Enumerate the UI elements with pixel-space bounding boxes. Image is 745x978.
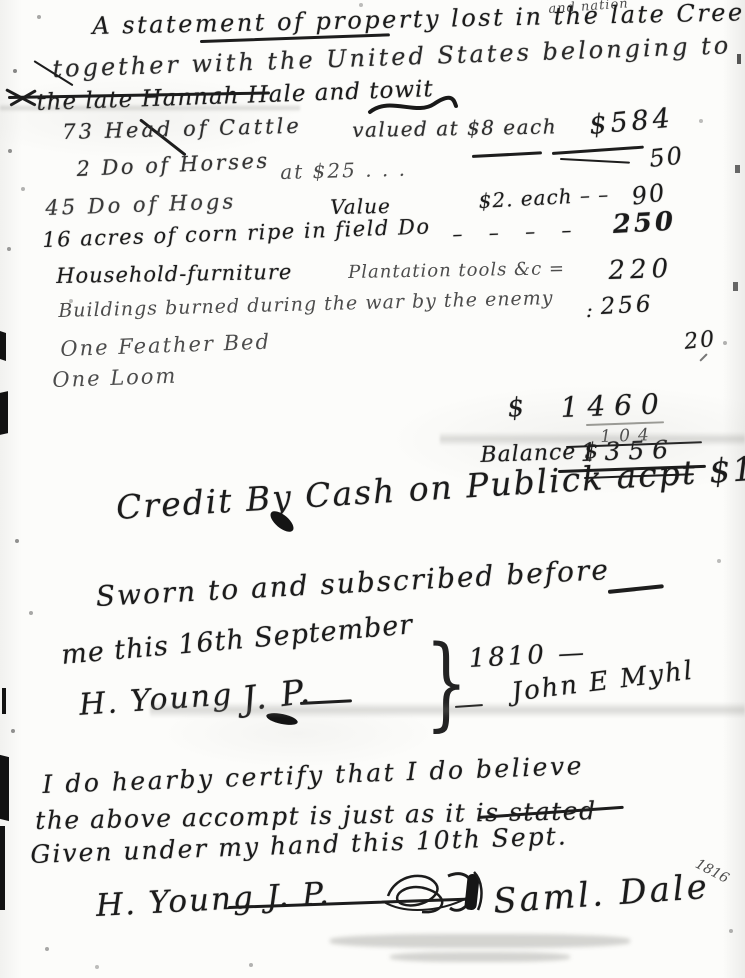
paper-crease: [0, 104, 300, 112]
smudge-band: [330, 934, 630, 948]
item-value: 250: [612, 207, 677, 240]
item-desc: 73 Head of Cattle: [62, 114, 302, 144]
title-line-2: together with the United States belongin…: [52, 31, 732, 83]
item-leader-dashes: – – – –: [452, 217, 582, 245]
witness-signature: Saml. Dale: [492, 867, 711, 922]
item-value: 20: [683, 327, 717, 355]
item-desc: 16 acres of corn ripe in field Do: [42, 214, 431, 252]
scan-edge-mark: [0, 755, 9, 821]
item-rate: at $25 . . .: [280, 157, 407, 184]
ink-scribble: [552, 146, 644, 155]
brace-mark: }: [425, 624, 468, 742]
attest-line-1: Sworn to and subscribed before: [95, 553, 611, 613]
item-desc: One Feather Bed: [60, 330, 271, 361]
item-rate2: $2. each – –: [478, 182, 610, 213]
document-page: and nation A statement of property lost …: [0, 0, 745, 978]
item-desc: Buildings burned during the war by the e…: [58, 287, 554, 322]
justice-signature-bottom: H. Young J. P.: [95, 876, 332, 924]
credit-line: Credit By Cash on Publick acpt $104: [115, 446, 745, 527]
ink-scribble: [472, 151, 542, 157]
attest-line-2: me this 16th September: [60, 609, 414, 671]
trailing-flourish: [608, 584, 664, 594]
item-desc: 45 Do of Hogs: [45, 189, 237, 220]
item-value: 256: [600, 291, 654, 320]
scan-edge-mark: [733, 282, 738, 291]
cert-line-1: I do hearby certify that I do believe: [42, 751, 584, 799]
scan-edge-mark: [0, 391, 8, 435]
seal-scribble: [378, 866, 494, 928]
paper-crease: [150, 702, 745, 718]
scan-edge-mark: [737, 54, 741, 64]
item-colon: :: [586, 298, 593, 322]
item-value: 220: [608, 254, 674, 286]
scan-edge-mark: [2, 688, 6, 714]
item-rate: valued at $8 each: [352, 114, 557, 142]
subtotal-amount: 1460: [560, 387, 668, 424]
smudge-band: [390, 952, 570, 962]
item-value: 50: [648, 141, 685, 172]
item-value: $584: [588, 103, 675, 141]
item-rate: Plantation tools &c =: [348, 258, 565, 283]
item-desc: 2 Do of Horses: [76, 149, 270, 181]
ink-scribble: [560, 158, 630, 164]
attest-year: 1810 —: [468, 638, 588, 674]
item-desc: One Loom: [52, 364, 178, 392]
scan-edge-mark: [0, 826, 5, 910]
scan-edge-mark: [0, 331, 6, 361]
paper-crease: [440, 432, 745, 446]
item-value: 90: [630, 178, 668, 211]
subtotal-currency: $: [506, 392, 526, 424]
item-desc: Household-furniture: [56, 260, 293, 288]
dust-specks: [0, 0, 2, 2]
scan-edge-mark: [735, 165, 740, 173]
stray-mark: [699, 353, 707, 361]
